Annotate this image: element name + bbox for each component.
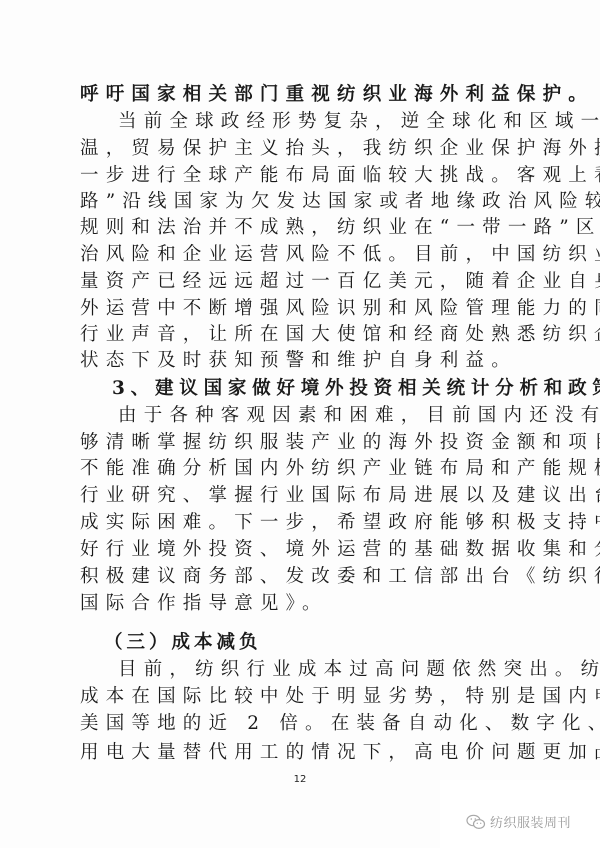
text-line: 规则和法治并不成熟，纺织业在“一带一路”区域进行投资的政 [80,216,525,240]
text-line: 行业声音，让所在国大使馆和经商处熟悉纺织企业情况，在紧急 [80,323,525,347]
text-line: 够清晰掌握纺织服装产业的海外投资金额和项目的准确数额，也 [80,431,525,455]
watermark: 纺织服装周刊 [466,812,571,831]
document-page: 呼吁国家相关部门重视纺织业海外利益保护。当前全球政经形势复杂，逆全球化和区域一体… [0,0,600,848]
text-line: 当前全球政经形势复杂，逆全球化和区域一体化思潮明显升 [118,110,525,134]
text-line: 温，贸易保护主义抬头，我纺织企业保护海外投资存量利益和进 [80,137,525,161]
text-line: 国际合作指导意见》。 [80,592,525,616]
text-line: 治风险和企业运营风险不低。目前，中国纺织业在海外投资的存 [80,243,525,267]
text-line: 呼吁国家相关部门重视纺织业海外利益保护。 [80,83,525,107]
text-line: 积极建议商务部、发改委和工信部出台《纺织行业“一带一路” [80,565,525,589]
text-line: 成实际困难。下一步，希望政府能够积极支持中纺联组织力量做 [80,511,525,535]
text-line: 好行业境外投资、境外运营的基础数据收集和分析。在此基础上， [80,538,525,562]
text-line: 外运营中不断增强风险识别和风险管理能力的同时，也需要发出 [80,297,525,321]
text-line: 行业研究、掌握行业国际布局进展以及建议出台相关政策意见造 [80,484,525,508]
text-line: 用电大量替代用工的情况下，高电价问题更加凸显。近年来，纺 [80,741,525,765]
wechat-icon [466,814,486,830]
watermark-text: 纺织服装周刊 [490,812,571,831]
text-line: 成本在国际比较中处于明显劣势，特别是国内电价偏高，是越南、 [80,685,525,709]
text-line: 不能准确分析国内外纺织产业链布局和产能规模比例，这对开展 [80,457,525,481]
text-line: 由于各种客观因素和困难，目前国内还没有一个统计部门能 [118,404,525,428]
section-heading: （三）成本减负 [104,631,549,655]
text-line: 目前，纺织行业成本过高问题依然突出。纺织行业综合制造 [118,658,525,682]
text-line: 一步进行全球产能布局面临较大挑战。客观上看，不少“一带一 [80,164,525,188]
section-heading: 3、建议国家做好境外投资相关统计分析和政策建言工作。 [112,377,557,401]
text-line: 状态下及时获知预警和维护自身利益。 [80,349,525,373]
text-line: 量资产已经远远超过一百亿美元，随着企业自身在尽职调查和海 [80,270,525,294]
text-line: 美国等地的近 2 倍。在装备自动化、数字化、智能化水不断提升， [80,712,525,736]
text-line: 路”沿线国家为欠发达国家或者地缘政治风险较高的国家，商业 [80,190,525,214]
